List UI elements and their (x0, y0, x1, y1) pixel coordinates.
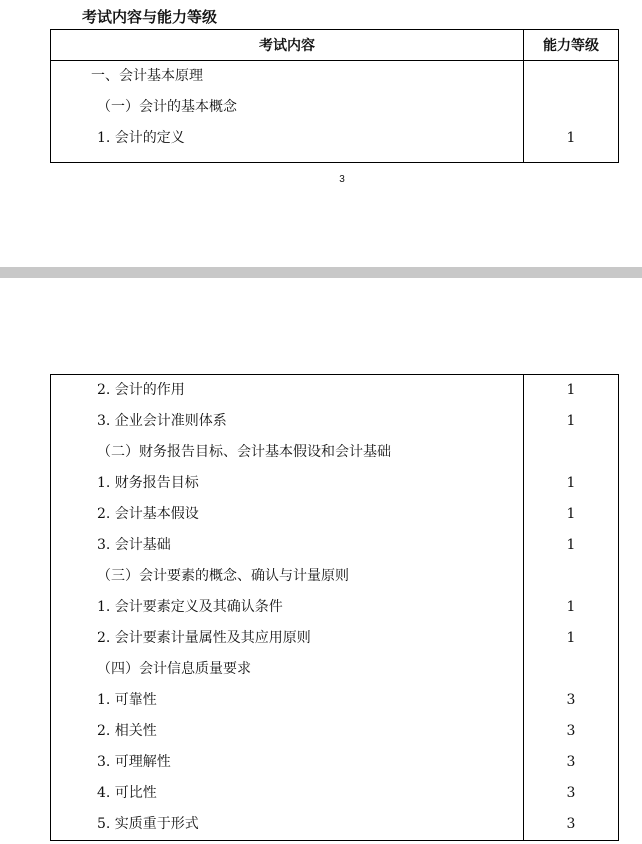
topic-item: 1. 会计的定义 (51, 123, 523, 154)
page-separator (0, 267, 642, 278)
section-heading: （四）会计信息质量要求 (51, 654, 523, 685)
document-page-3: 考试内容与能力等级 考试内容 能力等级 一、会计基本原理 （一）会计的基本概念 … (0, 0, 642, 267)
exam-content-table-continued: 2. 会计的作用 3. 企业会计准则体系 （二）财务报告目标、会计基本假设和会计… (50, 374, 619, 841)
level-value: 1 (524, 375, 618, 406)
topic-item: 2. 相关性 (51, 716, 523, 747)
level-value: 3 (524, 809, 618, 840)
topic-item: 3. 可理解性 (51, 747, 523, 778)
table-body-row: 一、会计基本原理 （一）会计的基本概念 1. 会计的定义 1 (51, 61, 619, 163)
section-heading: （一）会计的基本概念 (51, 92, 523, 123)
page-number: 3 (0, 174, 642, 185)
topic-item: 2. 会计的作用 (51, 375, 523, 406)
level-value: 1 (524, 468, 618, 499)
topic-item: 2. 会计要素计量属性及其应用原则 (51, 623, 523, 654)
topic-item: 3. 会计基础 (51, 530, 523, 561)
topic-item: 1. 财务报告目标 (51, 468, 523, 499)
table-header-row: 考试内容 能力等级 (51, 30, 619, 61)
section-heading: （二）财务报告目标、会计基本假设和会计基础 (51, 437, 523, 468)
document-page-4: 2. 会计的作用 3. 企业会计准则体系 （二）财务报告目标、会计基本假设和会计… (0, 278, 642, 844)
level-value: 3 (524, 685, 618, 716)
content-column: 一、会计基本原理 （一）会计的基本概念 1. 会计的定义 (51, 61, 524, 163)
header-exam-content: 考试内容 (51, 30, 524, 61)
exam-content-table: 考试内容 能力等级 一、会计基本原理 （一）会计的基本概念 1. 会计的定义 1 (50, 29, 619, 163)
topic-item: 5. 实质重于形式 (51, 809, 523, 840)
table-body-row: 2. 会计的作用 3. 企业会计准则体系 （二）财务报告目标、会计基本假设和会计… (51, 375, 619, 841)
level-value (524, 437, 618, 468)
level-value (524, 561, 618, 592)
level-value (524, 92, 618, 123)
content-column: 2. 会计的作用 3. 企业会计准则体系 （二）财务报告目标、会计基本假设和会计… (51, 375, 524, 841)
level-value: 3 (524, 778, 618, 809)
topic-item: 3. 企业会计准则体系 (51, 406, 523, 437)
level-value (524, 654, 618, 685)
level-value: 3 (524, 747, 618, 778)
topic-item: 1. 可靠性 (51, 685, 523, 716)
topic-item: 4. 可比性 (51, 778, 523, 809)
level-value: 3 (524, 716, 618, 747)
section-heading: （三）会计要素的概念、确认与计量原则 (51, 561, 523, 592)
level-value: 1 (524, 406, 618, 437)
level-column: 1 (524, 61, 619, 163)
level-value: 1 (524, 592, 618, 623)
level-value: 1 (524, 530, 618, 561)
level-value: 1 (524, 123, 618, 154)
header-ability-level: 能力等级 (524, 30, 619, 61)
chapter-heading: 一、会计基本原理 (51, 61, 523, 92)
level-value: 1 (524, 623, 618, 654)
level-value (524, 61, 618, 92)
level-value: 1 (524, 499, 618, 530)
topic-item: 2. 会计基本假设 (51, 499, 523, 530)
topic-item: 1. 会计要素定义及其确认条件 (51, 592, 523, 623)
level-column: 1 1 1 1 1 1 1 3 3 3 3 3 (524, 375, 619, 841)
section-title: 考试内容与能力等级 (82, 6, 217, 27)
